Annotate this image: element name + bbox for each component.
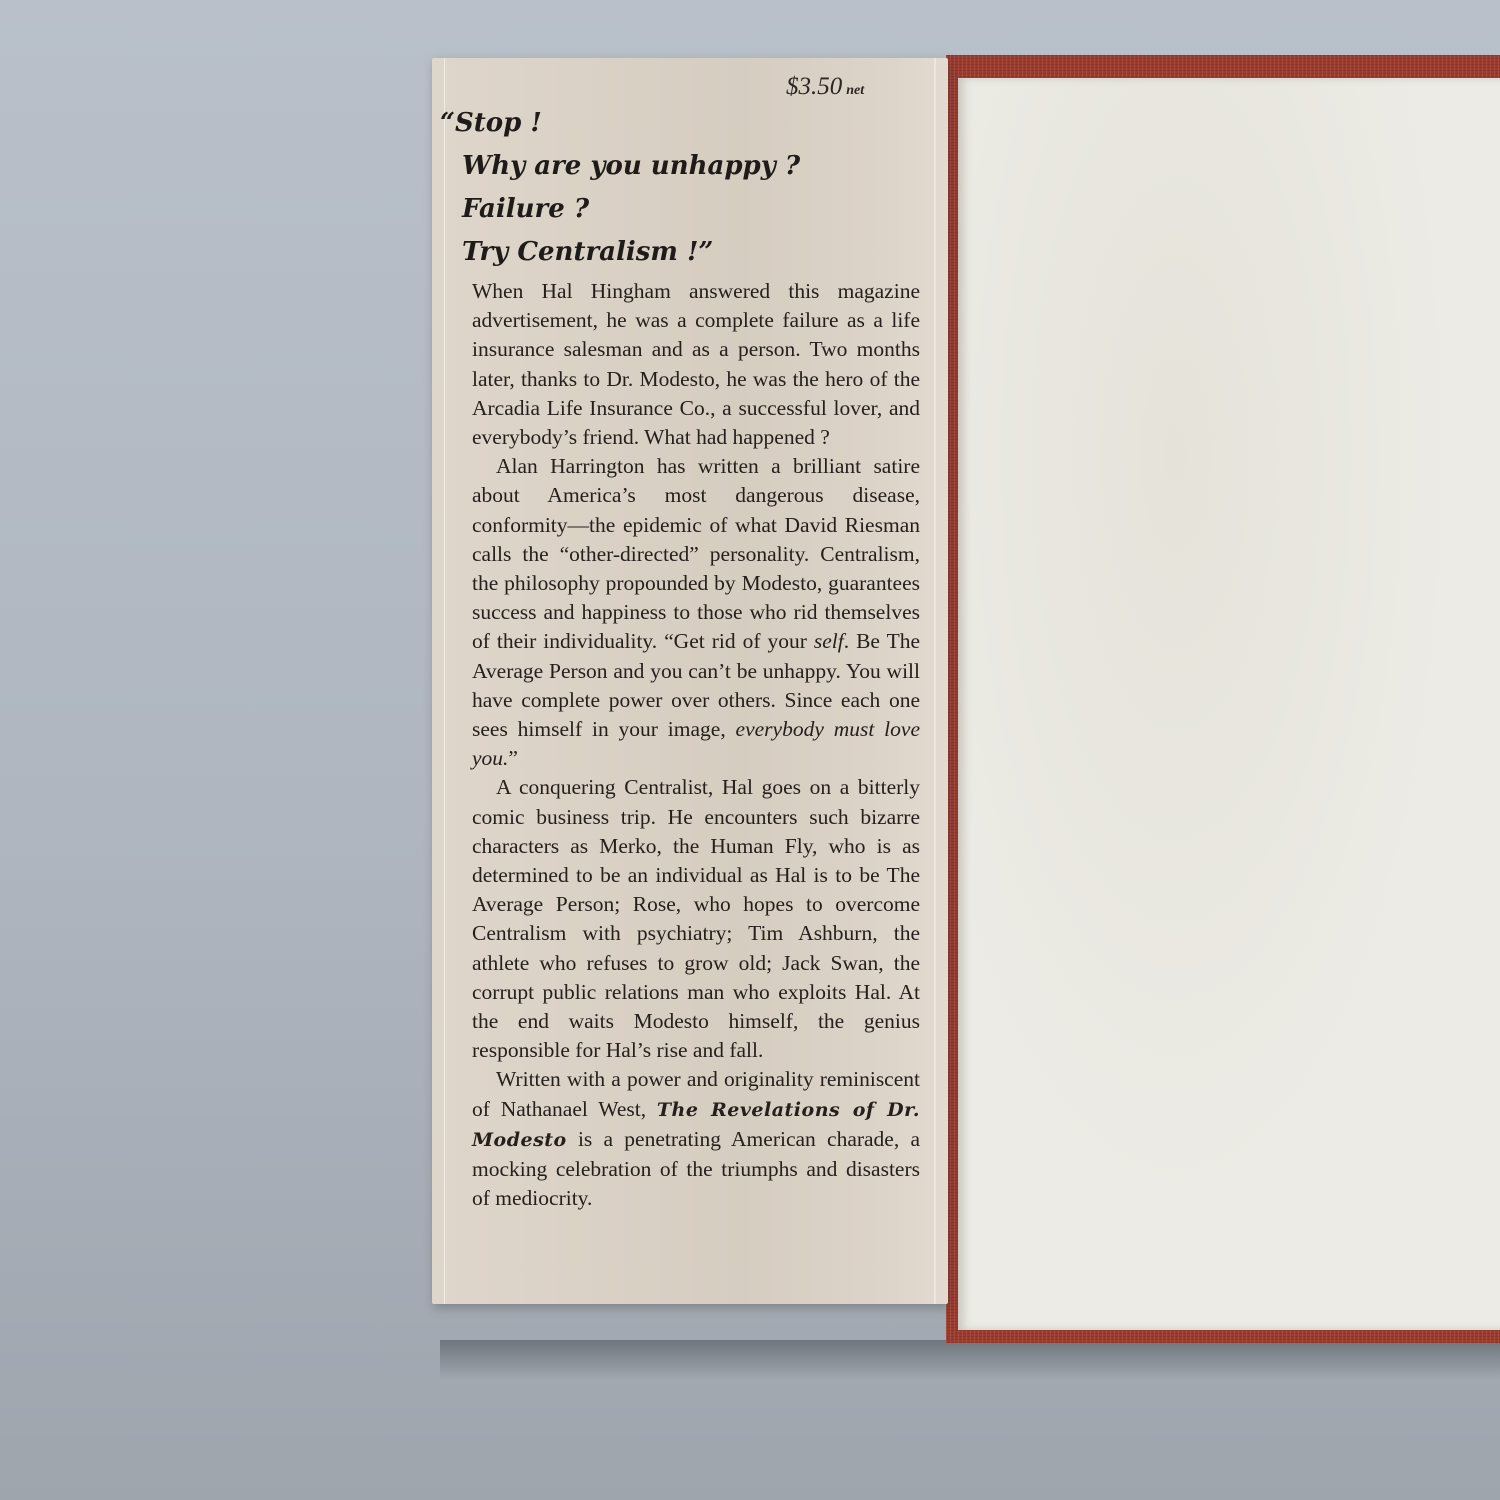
price-value: $3.50 [786, 73, 842, 100]
price-suffix: net [846, 83, 864, 98]
paragraph: A conquering Centralist, Hal goes on a b… [472, 773, 920, 1065]
price-label: $3.50net [786, 73, 864, 101]
headline-line: Why are you unhappy ? [440, 145, 920, 188]
table-shadow [440, 1340, 1500, 1380]
flap-fold-line-right [934, 58, 936, 1304]
headline-line: Try Centralism !” [440, 231, 920, 274]
flap-body-text: When Hal Hingham answered this magazine … [472, 277, 920, 1214]
headline-line: Failure ? [440, 188, 920, 231]
headline: “Stop ! Why are you unhappy ? Failure ? … [440, 102, 920, 274]
paragraph: When Hal Hingham answered this magazine … [472, 277, 920, 452]
headline-line: “Stop ! [440, 102, 920, 145]
paragraph: Written with a power and originality rem… [472, 1065, 920, 1213]
book-endpaper [958, 78, 1500, 1330]
paragraph: Alan Harrington has written a brilliant … [472, 452, 920, 773]
